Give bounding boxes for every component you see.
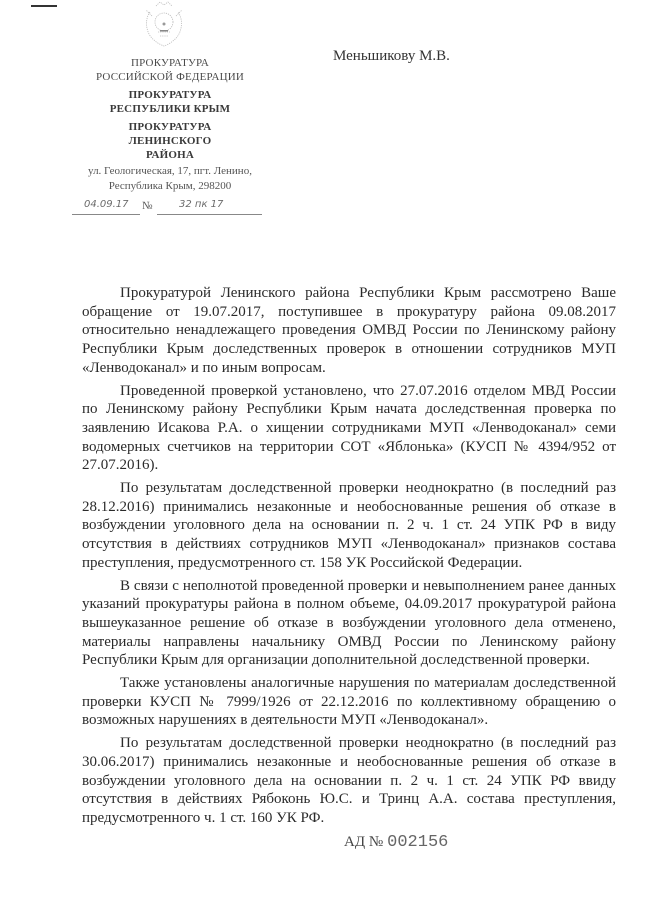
letterhead-bold-line: РЕСПУБЛИКИ КРЫМ: [60, 102, 280, 116]
letterhead-address-line: ул. Геологическая, 17, пгт. Ленино,: [60, 164, 280, 179]
coat-of-arms-icon: [140, 0, 188, 48]
form-number: АД №002156: [344, 833, 448, 852]
letterhead-bold-line: ПРОКУРАТУРА: [60, 120, 280, 134]
letter-body: Прокуратурой Ленинского района Республик…: [82, 284, 616, 828]
date-underline: [72, 214, 140, 215]
number-label: №: [142, 200, 153, 212]
form-number-value: 002156: [387, 833, 448, 852]
paragraph: По результатам доследственной проверки н…: [82, 479, 616, 573]
paragraph: Проведенной проверкой установлено, что 2…: [82, 382, 616, 476]
paragraph: В связи с неполнотой проведенной проверк…: [82, 577, 616, 671]
letterhead-bold-line: ЛЕНИНСКОГО: [60, 134, 280, 148]
registration-number: 32 пк 17: [179, 199, 223, 210]
paragraph: Прокуратурой Ленинского района Республик…: [82, 284, 616, 378]
letterhead-bold-line: ПРОКУРАТУРА: [60, 88, 280, 102]
registration-line: 04.09.17 № 32 пк 17: [72, 199, 262, 215]
recipient: Меньшикову М.В.: [333, 48, 450, 65]
registration-date: 04.09.17: [84, 199, 129, 210]
margin-dash-mark: [31, 5, 57, 7]
form-number-prefix: АД №: [344, 834, 383, 850]
number-underline: [157, 214, 262, 215]
letterhead-line: РОССИЙСКОЙ ФЕДЕРАЦИИ: [60, 70, 280, 84]
paragraph: По результатам доследственной проверки н…: [82, 734, 616, 828]
paragraph: Также установлены аналогичные нарушения …: [82, 674, 616, 730]
letterhead-bold-line: РАЙОНА: [60, 148, 280, 162]
letterhead: ПРОКУРАТУРА РОССИЙСКОЙ ФЕДЕРАЦИИ ПРОКУРА…: [60, 56, 280, 194]
letterhead-line: ПРОКУРАТУРА: [60, 56, 280, 70]
letterhead-address-line: Республика Крым, 298200: [60, 179, 280, 194]
